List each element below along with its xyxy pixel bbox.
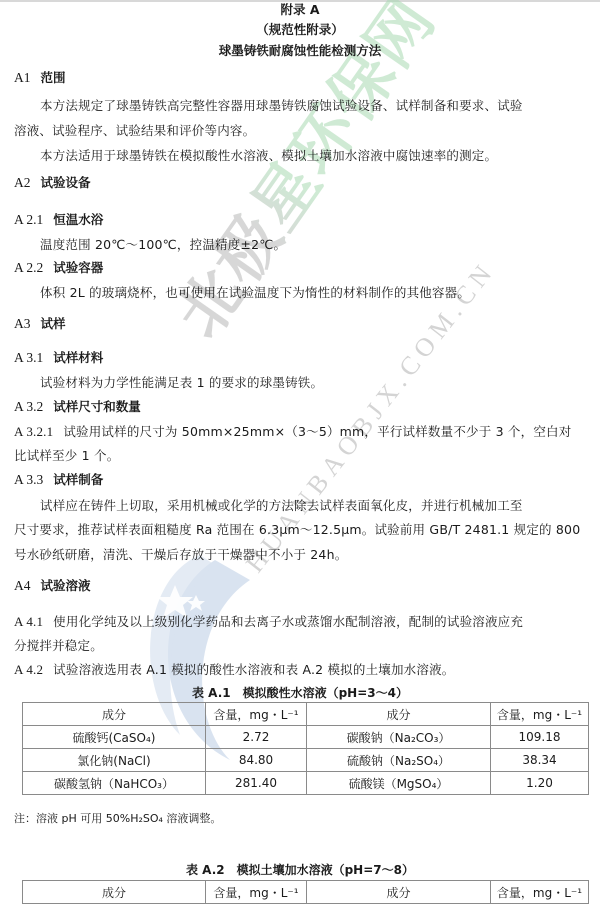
table-cell: 1.20 xyxy=(491,772,589,795)
header-cell: 成分 xyxy=(23,881,206,904)
table-row: 氯化钠(NaCl) 84.80 硫酸钠（Na₂SO₄） 38.34 xyxy=(23,749,589,772)
section-a3-3-heading: A 3.3试样制备 xyxy=(14,470,103,488)
section-a1-paragraph-1-cont: 溶液、试验程序、试验结果和评价等内容。 xyxy=(14,121,255,139)
table-cell: 碳酸氢钠（NaHCO₃） xyxy=(23,772,206,795)
table-cell: 84.80 xyxy=(206,749,307,772)
header-cell: 成分 xyxy=(23,703,206,726)
section-a2-2-text: 体积 2L 的玻璃烧杯，也可使用在试验温度下为惰性的材料制作的其他容器。 xyxy=(40,283,470,301)
section-a1-paragraph-2: 本方法适用于球墨铸铁在模拟酸性水溶液、模拟土壤加水溶液中腐蚀速率的测定。 xyxy=(40,146,497,164)
table-a2: 成分 含量，mg・L⁻¹ 成分 含量，mg・L⁻¹ xyxy=(22,880,589,904)
header-cell: 成分 xyxy=(307,703,491,726)
section-a3-3-text-3: 号水砂纸研磨，清洗、干燥后存放于干燥器中不小于 24h。 xyxy=(14,545,347,563)
header-cell: 含量，mg・L⁻¹ xyxy=(491,881,589,904)
table-cell: 109.18 xyxy=(491,726,589,749)
table-header-row: 成分 含量，mg・L⁻¹ 成分 含量，mg・L⁻¹ xyxy=(23,703,589,726)
table-a2-caption: 表 A.2 模拟土壤加水溶液（pH=7～8） xyxy=(0,861,600,878)
section-a2-2-heading: A 2.2试验容器 xyxy=(14,258,103,276)
section-a3-1-text: 试验材料为力学性能满足表 1 的要求的球墨铸铁。 xyxy=(40,373,323,391)
section-a4-2-text: A 4.2试验溶液选用表 A.1 模拟的酸性水溶液和表 A.2 模拟的土壤加水溶… xyxy=(14,660,454,678)
page-title: 球墨铸铁耐腐蚀性能检测方法 xyxy=(0,41,600,59)
header-cell: 成分 xyxy=(307,881,491,904)
section-a3-3-text-2: 尺寸要求，推荐试样表面粗糙度 Ra 范围在 6.3μm～12.5μm。试验前用 … xyxy=(14,520,580,538)
table-cell: 硫酸镁（MgSO₄） xyxy=(307,772,491,795)
header-cell: 含量，mg・L⁻¹ xyxy=(206,703,307,726)
table-a1-note: 注：溶液 pH 可用 50%H₂SO₄ 溶液调整。 xyxy=(14,810,221,826)
table-a1-caption: 表 A.1 模拟酸性水溶液（pH=3～4） xyxy=(0,684,600,701)
appendix-label: 附录 A xyxy=(0,0,600,18)
table-cell: 38.34 xyxy=(491,749,589,772)
table-row: 碳酸氢钠（NaHCO₃） 281.40 硫酸镁（MgSO₄） 1.20 xyxy=(23,772,589,795)
table-a1: 成分 含量，mg・L⁻¹ 成分 含量，mg・L⁻¹ 硫酸钙(CaSO₄) 2.7… xyxy=(22,702,589,795)
section-a4-1-text: A 4.1使用化学纯及以上级别化学药品和去离子水或蒸馏水配制溶液，配制的试验溶液… xyxy=(14,612,523,630)
section-a3-3-text-1: 试样应在铸件上切取，采用机械或化学的方法除去试样表面氧化皮，并进行机械加工至 xyxy=(40,496,523,514)
section-a4-heading: A4试验溶液 xyxy=(14,576,91,594)
table-header-row: 成分 含量，mg・L⁻¹ 成分 含量，mg・L⁻¹ xyxy=(23,881,589,904)
table-cell: 硫酸钙(CaSO₄) xyxy=(23,726,206,749)
table-cell: 氯化钠(NaCl) xyxy=(23,749,206,772)
section-a1-paragraph-1: 本方法规定了球墨铸铁高完整性容器用球墨铸铁腐蚀试验设备、试样制备和要求、试验 xyxy=(40,96,523,114)
section-a3-2-1-text-cont: 比试样至少 1 个。 xyxy=(14,446,119,464)
section-a3-2-heading: A 3.2试样尺寸和数量 xyxy=(14,397,141,415)
section-a2-heading: A2试验设备 xyxy=(14,173,91,191)
header-cell: 含量，mg・L⁻¹ xyxy=(206,881,307,904)
table-cell: 硫酸钠（Na₂SO₄） xyxy=(307,749,491,772)
section-a2-1-heading: A 2.1恒温水浴 xyxy=(14,210,103,228)
table-cell: 2.72 xyxy=(206,726,307,749)
table-cell: 281.40 xyxy=(206,772,307,795)
appendix-type: （规范性附录） xyxy=(0,20,600,38)
section-a3-1-heading: A 3.1试样材料 xyxy=(14,348,103,366)
section-a2-1-text: 温度范围 20℃～100℃，控温精度±2℃。 xyxy=(40,235,286,253)
table-row: 硫酸钙(CaSO₄) 2.72 碳酸钠（Na₂CO₃） 109.18 xyxy=(23,726,589,749)
section-a1-heading: A1范围 xyxy=(14,68,66,86)
section-a3-2-1-text: A 3.2.1试验用试样的尺寸为 50mm×25mm×（3～5）mm，平行试样数… xyxy=(14,422,571,440)
section-a3-heading: A3试样 xyxy=(14,314,66,332)
header-cell: 含量，mg・L⁻¹ xyxy=(491,703,589,726)
table-cell: 碳酸钠（Na₂CO₃） xyxy=(307,726,491,749)
section-a4-1-text-cont: 分搅拌并稳定。 xyxy=(14,636,103,654)
